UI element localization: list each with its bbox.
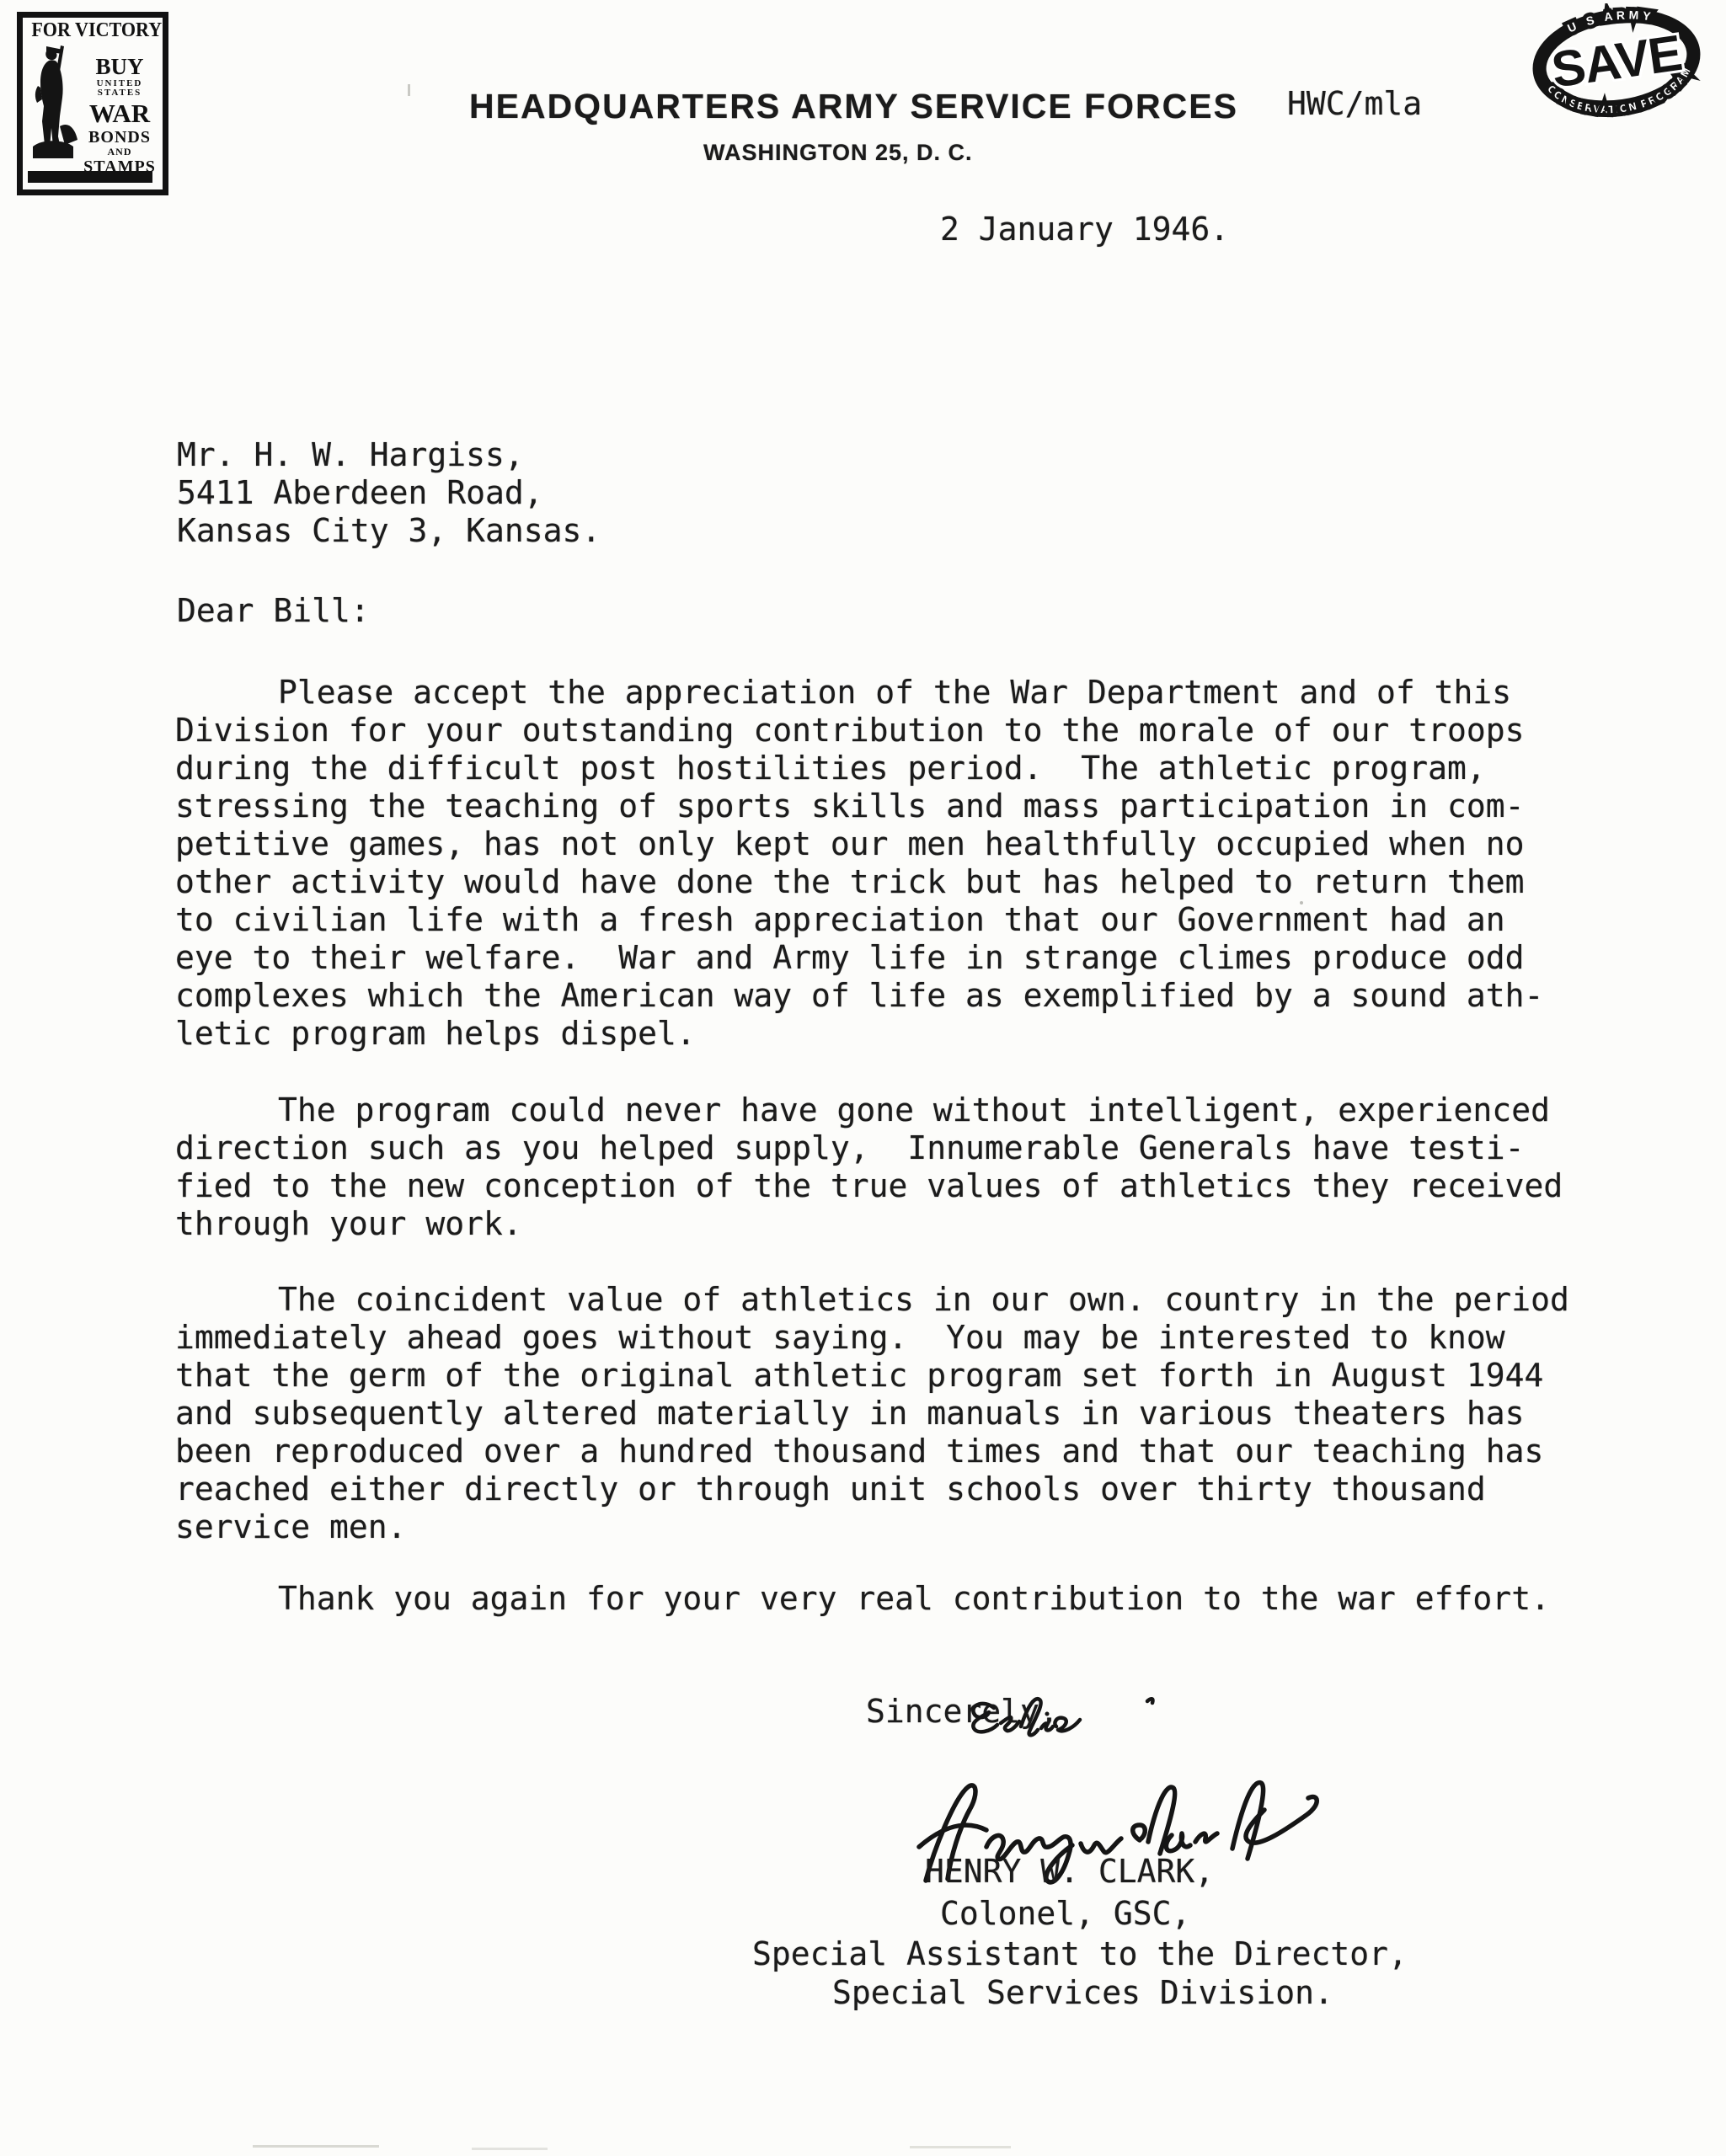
handwritten-initials-signature	[954, 1694, 1164, 1745]
signature-typed-name: HENRY W. CLARK,	[925, 1853, 1214, 1891]
reference-code: HWC/mla	[1287, 85, 1422, 123]
body-paragraph-3: The coincident value of athletics in our…	[175, 1281, 1569, 1546]
stamp-word: BONDS	[88, 129, 151, 146]
body-paragraph-2: The program could never have gone withou…	[175, 1091, 1563, 1243]
stamp-word: AND	[108, 147, 132, 157]
stamp-word: WAR	[89, 100, 150, 127]
stamp-word: STATES	[98, 88, 142, 98]
recipient-address: Mr. H. W. Hargiss, 5411 Aberdeen Road, K…	[177, 436, 601, 550]
war-bonds-stamp: FOR VICTORY BUY UNITED STATES WAR BONDS …	[17, 12, 168, 195]
date-line: 2 January 1946.	[940, 211, 1229, 248]
scanned-letter-page: FOR VICTORY BUY UNITED STATES WAR BONDS …	[0, 0, 1726, 2156]
signature-title-line1: Special Assistant to the Director,	[752, 1935, 1408, 1973]
stamp-word: BUY	[95, 56, 143, 79]
scan-artifact	[472, 2148, 548, 2150]
stamp-base-bar	[28, 171, 152, 183]
scan-artifact	[1300, 901, 1303, 905]
scan-artifact	[408, 84, 410, 96]
minuteman-statue-icon	[26, 44, 80, 172]
body-paragraph-1: Please accept the appreciation of the Wa…	[175, 674, 1543, 1053]
signature-rank: Colonel, GSC,	[940, 1895, 1190, 1933]
org-title: HEADQUARTERS ARMY SERVICE FORCES	[469, 87, 1238, 126]
city-line: WASHINGTON 25, D. C.	[703, 140, 973, 166]
scan-artifact	[253, 2145, 379, 2148]
army-save-logo: U S ARMY CONSERVATION PROGRAM SAVE	[1526, 3, 1707, 121]
salutation: Dear Bill:	[177, 592, 370, 630]
scan-artifact	[910, 2146, 1011, 2148]
signature-title-line2: Special Services Division.	[832, 1974, 1333, 2012]
body-paragraph-4: Thank you again for your very real contr…	[175, 1580, 1550, 1618]
stamp-title: FOR VICTORY	[31, 19, 153, 42]
stamp-body: BUY UNITED STATES WAR BONDS AND STAMPS	[26, 42, 159, 176]
stamp-text-column: BUY UNITED STATES WAR BONDS AND STAMPS	[80, 56, 159, 176]
